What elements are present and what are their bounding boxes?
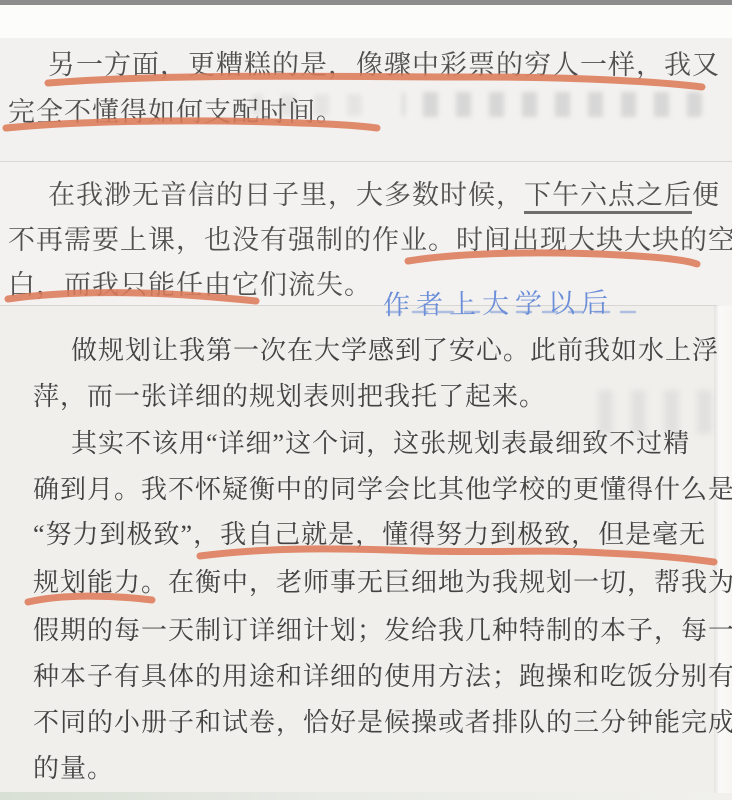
paragraph2-line1-post: 便 bbox=[692, 180, 720, 210]
stitch-seam-2 bbox=[0, 305, 732, 306]
handwritten-annotation: 作者上大学以后 bbox=[383, 281, 614, 322]
bottom-edge-strip bbox=[0, 792, 732, 800]
paragraph4-line6: 种本子有具体的用途和详细的使用方法；跑操和吃饭分别有 bbox=[33, 656, 732, 693]
top-gray-bar bbox=[0, 0, 732, 5]
paragraph3-line1: 做规划让我第一次在大学感到了安心。此前我如水上浮 bbox=[33, 330, 719, 367]
paragraph4-line5: 假期的每一天制订详细计划；发给我几种特制的本子，每一 bbox=[33, 610, 732, 647]
paragraph4-line3: “努力到极致”，我自己就是，懂得努力到极致，但是毫无 bbox=[33, 514, 706, 551]
paragraph4-line2: 确到月。我不怀疑衡中的同学会比其他学校的更懂得什么是 bbox=[33, 469, 732, 506]
paragraph2-line1-pre: 在我渺无音信的日子里，大多数时候， bbox=[48, 180, 524, 210]
paragraph4-line1: 其实不该用“详细”这个词，这张规划表最细致不过精 bbox=[33, 423, 690, 460]
stitch-seam-1 bbox=[0, 161, 732, 162]
paragraph1-line2: 完全不懂得如何支配时间。 bbox=[8, 90, 344, 129]
paragraph3-line2: 萍，而一张详细的规划表则把我托了起来。 bbox=[33, 376, 546, 413]
paragraph2-line2: 不再需要上课，也没有强制的作业。时间出现大块大块的空 bbox=[8, 218, 732, 257]
paragraph2-line1: 在我渺无音信的日子里，大多数时候，下午六点之后便 bbox=[8, 173, 720, 212]
paragraph4-line8: 的量。 bbox=[33, 748, 114, 785]
paragraph1-line1: 另一方面，更糟糕的是，像骤中彩票的穷人一样，我又 bbox=[8, 43, 720, 82]
paragraph4-line4: 规划能力。在衡中，老师事无巨细地为我规划一切，帮我为 bbox=[33, 562, 732, 599]
paragraph2-line3: 白，而我只能任由它们流失。 bbox=[8, 263, 372, 302]
paragraph4-line7: 不同的小册子和试卷，恰好是候操或者排队的三分钟能完成 bbox=[33, 702, 732, 739]
pencil-underlined-phrase: 下午六点之后 bbox=[524, 180, 692, 214]
